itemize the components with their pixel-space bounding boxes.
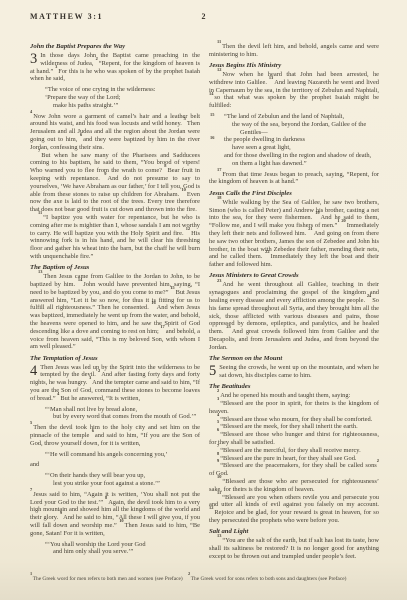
verse-paragraph: 13“You are the salt of the earth, but if… (209, 537, 379, 560)
poetry-line: on them a light has dawned.” (209, 160, 379, 168)
verse-paragraph: 23And he went throughout all Galilee, te… (209, 281, 379, 351)
verse-paragraph: 5Seeing the crowds, he went up on the mo… (209, 364, 379, 380)
verse-number: 5 (217, 419, 219, 424)
verse-paragraph: 4Now John wore a garment of camel’s hair… (30, 113, 200, 152)
verse-paragraph: 11Then the devil left him, and behold, a… (209, 43, 379, 59)
verse-number: 7 (217, 443, 219, 448)
chapter-number: 5 (209, 364, 219, 377)
verse-paragraph: 17From that time Jesus began to preach, … (209, 171, 379, 187)
verse-number: 7 (38, 148, 40, 153)
verse-number: 8 (217, 451, 219, 456)
poetry-block: “‘On their hands they will bear you up,l… (30, 472, 200, 488)
verse-number: 7 (30, 487, 32, 492)
poetry-line: “‘On their hands they will bear you up, (30, 472, 200, 480)
verse-number: 11 (217, 490, 221, 495)
verse-paragraph: 2And he opened his mouth and taught them… (209, 392, 379, 400)
text-column-right: 11Then the devil left him, and behold, a… (209, 43, 379, 561)
verse-number: 13 (38, 269, 42, 274)
section-heading: The Beatitudes (209, 383, 379, 391)
verse-number: 25 (226, 324, 230, 329)
poetry-block: “‘You shall worship the Lord your Godand… (30, 541, 200, 557)
footnote: 2The Greek word for sons refers to both … (188, 576, 346, 582)
verse-paragraph: 13Then Jesus came from Galilee to the Jo… (30, 273, 200, 351)
verse-number: 13 (217, 533, 221, 538)
verse-paragraph: 7But when he saw many of the Pharisees a… (30, 152, 200, 214)
verse-number: 22 (265, 249, 269, 254)
text-columns: John the Baptist Prepares the Way3In tho… (30, 43, 380, 561)
poetry-line: 16the people dwelling in darkness (209, 136, 379, 144)
verse-number: 6 (217, 427, 219, 432)
footnote: 1The Greek word for men refers to both m… (30, 576, 184, 582)
verse-number: 20 (341, 218, 345, 223)
verse-number: 10 (119, 518, 123, 523)
poetry-block: “‘He will command his angels concerning … (30, 451, 200, 459)
verse-paragraph: 8“Blessed are the pure in heart, for the… (209, 455, 379, 463)
verse-number: 9 (104, 171, 106, 176)
section-heading: The Baptism of Jesus (30, 264, 200, 272)
verse-number: 17 (160, 324, 164, 329)
verse-paragraph: 3In those days John the Baptist came pre… (30, 52, 200, 83)
verse-paragraph: 9“Blessed are the peacemakers, for they … (209, 462, 379, 478)
poetry-line: “‘You shall worship the Lord your God (30, 541, 200, 549)
verse-paragraph: and (30, 461, 200, 469)
footnote-marker: 2 (377, 458, 379, 463)
page-header: MATTHEW 3:1 2 (30, 12, 380, 22)
verse-number: 21 (308, 226, 312, 231)
verse-paragraph: 7“Blessed are the merciful, for they sha… (209, 447, 379, 455)
section-heading: Jesus Begins His Ministry (209, 62, 379, 70)
verse-number: 24 (367, 293, 371, 298)
verse-number: 18 (217, 195, 221, 200)
verse-number: 23 (217, 278, 221, 283)
poetry-line: but by every word that comes from the mo… (30, 413, 200, 421)
verse-number: 12 (217, 67, 221, 72)
verse-paragraph: 5Then the devil took him to the holy cit… (30, 424, 200, 447)
verse-number: 5 (184, 116, 186, 121)
poetry-line: “The voice of one crying in the wilderne… (30, 86, 200, 94)
poetry-line: ‘Prepare the way of the Lord; (30, 94, 200, 102)
verse-number: 2 (98, 368, 100, 373)
verse-paragraph: 4“Blessed are those who mourn, for they … (209, 416, 379, 424)
verse-paragraph: 12Now when he heard that John had been a… (209, 71, 379, 110)
verse-number: 11 (217, 39, 221, 44)
section-heading: The Sermon on the Mount (209, 355, 379, 363)
verse-number: 17 (217, 167, 221, 172)
section-heading: Salt and Light (209, 528, 379, 536)
verse-paragraph: 7Jesus said to him, “Again it is written… (30, 491, 200, 538)
poetry-line: make his paths straight.’” (30, 102, 200, 110)
verse-number: 3 (55, 64, 57, 69)
verse-number: 8 (164, 163, 166, 168)
footnote-marker: 2 (188, 571, 190, 576)
verse-number: 10 (217, 474, 221, 479)
section-heading: John the Baptist Prepares the Way (30, 43, 200, 51)
verse-number: 3 (89, 375, 91, 380)
poetry-block: “The voice of one crying in the wilderne… (30, 86, 200, 109)
verse-paragraph: 3“Blessed are the poor in spirit, for th… (209, 400, 379, 416)
poetry-line: have seen a great light, (209, 144, 379, 152)
verse-number: 4 (30, 109, 32, 114)
verse-number: 14 (78, 277, 82, 282)
poetry-line: lest you strike your foot against a ston… (30, 480, 200, 488)
poetry-line: “‘Man shall not live by bread alone, (30, 406, 200, 414)
poetry-line: “‘He will command his angels concerning … (30, 451, 200, 459)
verse-paragraph: 11“Blessed are you when others revile yo… (209, 494, 379, 525)
poetry-block: 15“The land of Zebulun and the land of N… (209, 113, 379, 168)
verse-number: 5 (30, 420, 32, 425)
verse-number: 6 (92, 428, 94, 433)
verse-paragraph: 4Then Jesus was led up by the Spirit int… (30, 364, 200, 403)
poetry-block: “‘Man shall not live by bread alone,but … (30, 406, 200, 422)
section-heading: The Temptation of Jesus (30, 355, 200, 363)
verse-number: 11 (38, 210, 42, 215)
text-column-left: John the Baptist Prepares the Way3In tho… (30, 43, 200, 561)
verse-number: 6 (80, 132, 82, 137)
verse-number: 19 (315, 210, 319, 215)
chapter-number: 3 (30, 52, 40, 65)
verse-number: 9 (217, 458, 219, 463)
verse-number: 9 (60, 510, 62, 515)
section-heading: Jesus Ministers to Great Crowds (209, 272, 379, 280)
page-number: 2 (0, 12, 407, 21)
verse-number: 10 (181, 187, 185, 192)
poetry-line: 15“The land of Zebulun and the land of N… (209, 113, 379, 121)
verse-number: 3 (217, 396, 219, 401)
verse-number: 14 (209, 91, 213, 96)
poetry-line: and for those dwelling in the region and… (209, 152, 379, 160)
verse-paragraph: 5“Blessed are the meek, for they shall i… (209, 423, 379, 431)
footnotes: 1The Greek word for men refers to both m… (30, 576, 387, 583)
footnote-marker: 1 (30, 571, 32, 576)
verse-number: 12 (209, 505, 213, 510)
verse-number: 2 (217, 388, 219, 393)
poetry-line: Gentiles— (209, 129, 379, 137)
verse-number: 8 (105, 495, 107, 500)
verse-number: 2 (96, 56, 98, 61)
verse-number: 16 (151, 300, 155, 305)
poetry-line: the way of the sea, beyond the Jordan, G… (209, 121, 379, 129)
poetry-line: and him only shall you serve.’” (30, 548, 200, 556)
verse-paragraph: 11“I baptize you with water for repentan… (30, 214, 200, 261)
verse-number: 12 (186, 226, 190, 231)
verse-paragraph: 10“Blessed are those who are persecuted … (209, 478, 379, 494)
verse-number: 15 (170, 285, 174, 290)
verse-number: 4 (217, 412, 219, 417)
verse-paragraph: 18While walking by the Sea of Galilee, h… (209, 199, 379, 269)
footnote-marker: 1 (337, 218, 339, 223)
section-heading: Jesus Calls the First Disciples (209, 190, 379, 198)
verse-paragraph: 6“Blessed are those who hunger and thirs… (209, 431, 379, 447)
verse-number: 4 (57, 391, 59, 396)
verse-number: 13 (269, 75, 273, 80)
chapter-number: 4 (30, 364, 40, 377)
bible-page: MATTHEW 3:1 2 John the Baptist Prepares … (0, 0, 407, 600)
